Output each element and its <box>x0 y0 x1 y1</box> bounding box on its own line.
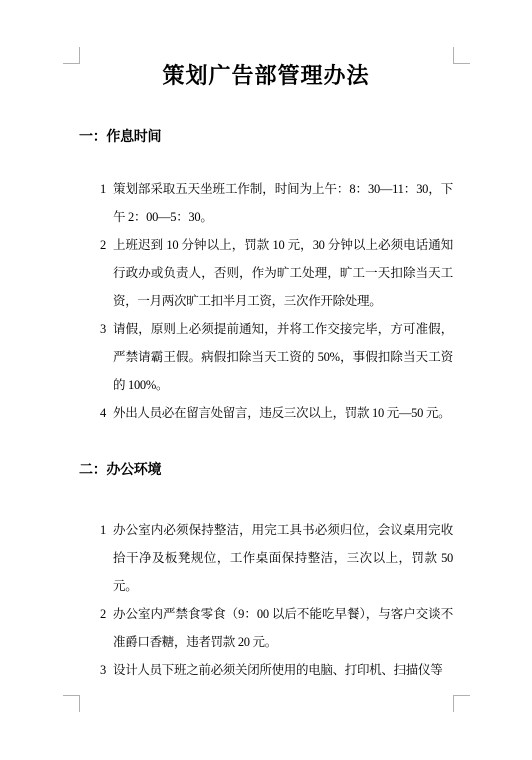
list-item: 3 请假，原则上必须提前通知，并将工作交接完毕，方可准假，严禁请霸王假。病假扣除… <box>79 315 453 399</box>
item-number: 3 <box>100 315 106 343</box>
crop-mark-top-right <box>453 47 470 64</box>
item-number: 2 <box>100 600 106 628</box>
rule-list-section-2: 1 办公室内必须保持整洁，用完工具书必须归位，会议桌用完收拾干净及板凳规位，工作… <box>79 516 453 684</box>
crop-mark-top-left <box>63 47 80 64</box>
item-text: 设计人员下班之前必须关闭所使用的电脑、打印机、扫描仪等 <box>113 663 442 677</box>
section-heading-work-hours: 一：作息时间 <box>79 130 453 145</box>
crop-mark-bottom-left <box>63 695 80 712</box>
list-item: 1 办公室内必须保持整洁，用完工具书必须归位，会议桌用完收拾干净及板凳规位，工作… <box>79 516 453 600</box>
item-text: 办公室内严禁食零食（9：00 以后不能吃早餐），与客户交谈不准爵口香糖，违者罚款… <box>113 607 453 649</box>
item-text: 上班迟到 10 分钟以上，罚款 10 元，30 分钟以上必须电话通知行政办或负责… <box>113 238 453 308</box>
item-number: 1 <box>100 516 106 544</box>
item-number: 1 <box>100 175 106 203</box>
item-number: 4 <box>100 399 106 427</box>
page-title: 策划广告部管理办法 <box>0 63 532 89</box>
list-item: 3 设计人员下班之前必须关闭所使用的电脑、打印机、扫描仪等 <box>79 656 453 684</box>
rule-list-section-1: 1 策划部采取五天坐班工作制，时间为上午：8：30—11：30，下午 2：00—… <box>79 175 453 427</box>
item-number: 3 <box>100 656 106 684</box>
item-text: 请假，原则上必须提前通知，并将工作交接完毕，方可准假，严禁请霸王假。病假扣除当天… <box>113 322 453 392</box>
item-text: 办公室内必须保持整洁，用完工具书必须归位，会议桌用完收拾干净及板凳规位，工作桌面… <box>113 523 453 593</box>
item-text: 策划部采取五天坐班工作制，时间为上午：8：30—11：30，下午 2：00—5：… <box>113 182 453 224</box>
list-item: 2 办公室内严禁食零食（9：00 以后不能吃早餐），与客户交谈不准爵口香糖，违者… <box>79 600 453 656</box>
item-text: 外出人员必在留言处留言，违反三次以上，罚款 10 元—50 元。 <box>113 406 450 420</box>
document-page[interactable]: 策划广告部管理办法 一：作息时间 1 策划部采取五天坐班工作制，时间为上午：8：… <box>0 0 532 760</box>
section-heading-office-environment: 二：办公环境 <box>79 463 453 478</box>
list-item: 1 策划部采取五天坐班工作制，时间为上午：8：30—11：30，下午 2：00—… <box>79 175 453 231</box>
list-item: 2 上班迟到 10 分钟以上，罚款 10 元，30 分钟以上必须电话通知行政办或… <box>79 231 453 315</box>
item-number: 2 <box>100 231 106 259</box>
crop-mark-bottom-right <box>453 695 470 712</box>
list-item: 4 外出人员必在留言处留言，违反三次以上，罚款 10 元—50 元。 <box>79 399 453 427</box>
